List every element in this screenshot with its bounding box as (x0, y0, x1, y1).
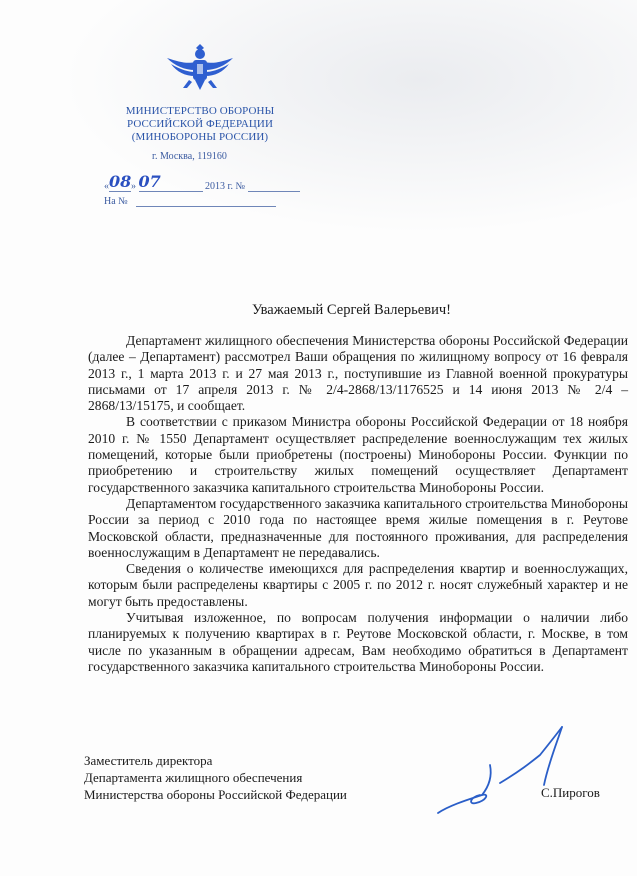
title-line: Министерства обороны Российской Федераци… (84, 786, 347, 803)
paragraph: Департамент жилищного обеспечения Минист… (88, 333, 628, 414)
org-line: РОССИЙСКОЙ ФЕДЕРАЦИИ (100, 118, 300, 131)
outgoing-number-field (248, 180, 300, 192)
letter-page: МИНИСТЕРСТВО ОБОРОНЫ РОССИЙСКОЙ ФЕДЕРАЦИ… (0, 0, 637, 876)
title-line: Департамента жилищного обеспечения (84, 769, 347, 786)
salutation: Уважаемый Сергей Валерьевич! (252, 302, 451, 319)
letterhead: МИНИСТЕРСТВО ОБОРОНЫ РОССИЙСКОЙ ФЕДЕРАЦИ… (100, 40, 300, 144)
ministry-name: МИНИСТЕРСТВО ОБОРОНЫ РОССИЙСКОЙ ФЕДЕРАЦИ… (100, 105, 300, 144)
date-line: «08» 07 2013 г. № (104, 172, 300, 192)
reference-line: На № (104, 195, 276, 207)
paragraph: В соответствии с приказом Министра оборо… (88, 414, 628, 495)
date-month-field: 07 (139, 172, 203, 192)
reference-number-field (136, 195, 276, 207)
signatory-name: С.Пирогов (541, 785, 600, 801)
eagle-emblem-icon (165, 40, 235, 92)
org-line: (МИНОБОРОНЫ РОССИИ) (100, 131, 300, 144)
title-line: Заместитель директора (84, 752, 347, 769)
handwritten-signature-icon (430, 725, 580, 820)
scan-shading (0, 0, 637, 260)
handwritten-day: 08 (109, 172, 131, 191)
date-year: 2013 г. № (205, 181, 245, 192)
handwritten-month: 07 (139, 172, 161, 191)
date-day-field: 08 (109, 172, 131, 192)
city-postcode: г. Москва, 119160 (152, 151, 227, 162)
paragraph: Департаментом государственного заказчика… (88, 496, 628, 561)
paragraph: Сведения о количестве имеющихся для расп… (88, 561, 628, 610)
signatory-title: Заместитель директора Департамента жилищ… (84, 752, 347, 803)
org-line: МИНИСТЕРСТВО ОБОРОНЫ (100, 105, 300, 118)
paragraph: Учитывая изложенное, по вопросам получен… (88, 610, 628, 675)
quote-close: » (131, 181, 136, 192)
ref-label: На № (104, 196, 128, 207)
letter-body: Департамент жилищного обеспечения Минист… (88, 333, 628, 675)
